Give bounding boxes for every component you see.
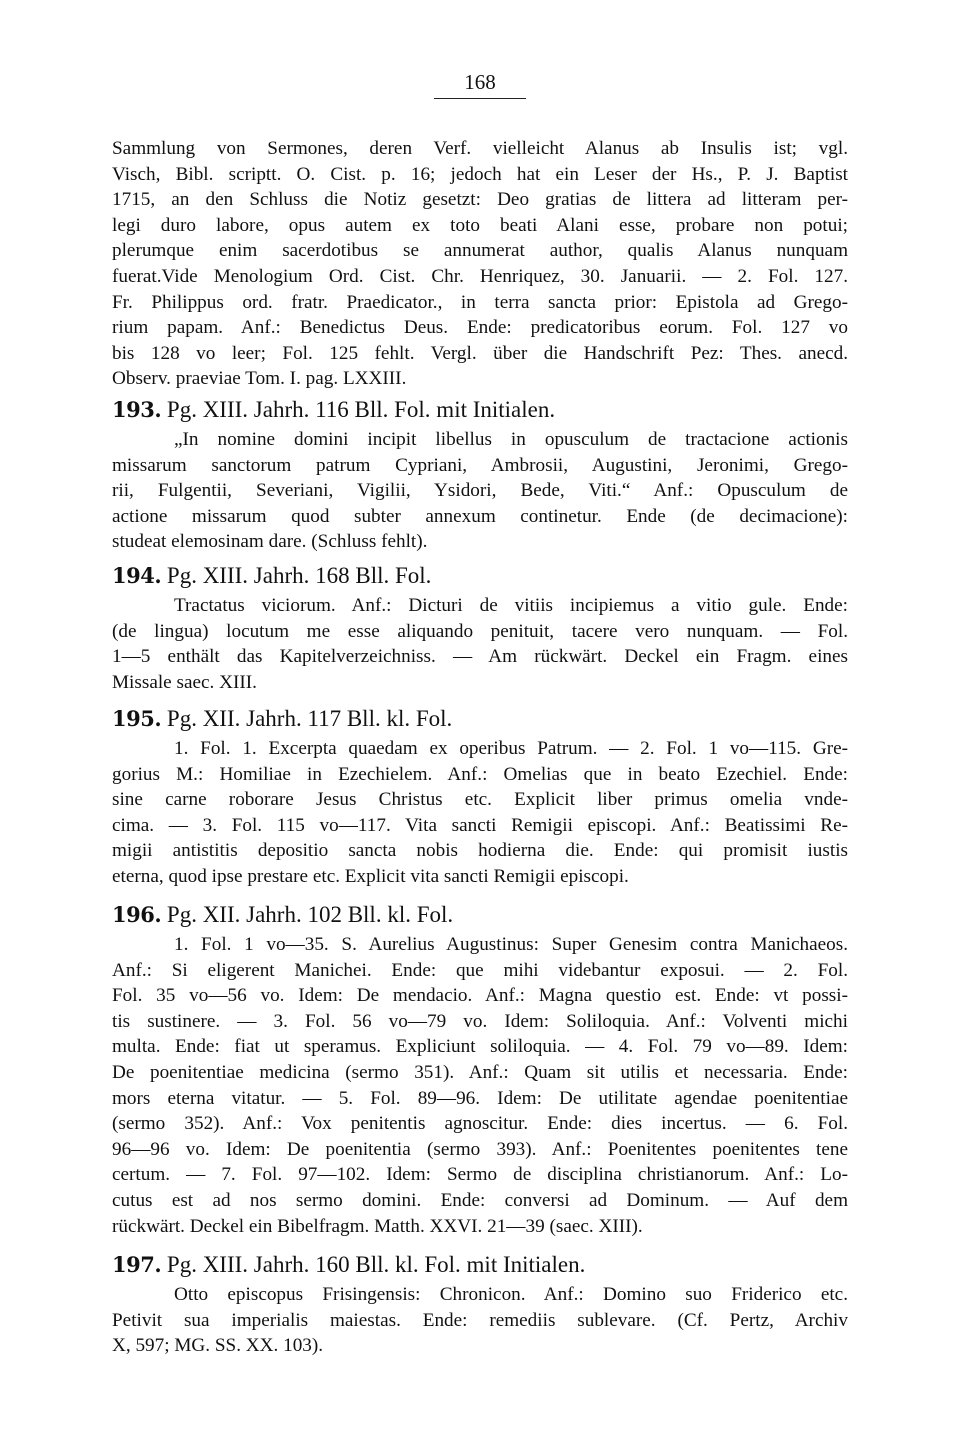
text-line: Otto episcopus Frisingensis: Chronicon. … xyxy=(112,1282,848,1308)
entry-heading: 195. Pg. XII. Jahrh. 117 Bll. kl. Fol. xyxy=(112,702,848,736)
entry-heading: 196. Pg. XII. Jahrh. 102 Bll. kl. Fol. xyxy=(112,898,848,932)
entry-number: 193. xyxy=(112,397,161,422)
text-line: multa. Ende: fiat ut speramus. Expliciun… xyxy=(112,1034,848,1060)
entry-description: Pg. XIII. Jahrh. 116 Bll. Fol. mit Initi… xyxy=(167,397,555,422)
entry-heading: 193. Pg. XIII. Jahrh. 116 Bll. Fol. mit … xyxy=(112,393,848,427)
text-line: certum. — 7. Fol. 97—102. Idem: Sermo de… xyxy=(112,1162,848,1188)
entry-197: 197. Pg. XIII. Jahrh. 160 Bll. kl. Fol. … xyxy=(112,1248,848,1359)
entry-number: 197. xyxy=(112,1252,161,1277)
text-line: mors eterna vitatur. — 5. Fol. 89—96. Id… xyxy=(112,1086,848,1112)
text-line: gorius M.: Homiliae in Ezechielem. Anf.:… xyxy=(112,762,848,788)
entry-194: 194. Pg. XIII. Jahrh. 168 Bll. Fol. Trac… xyxy=(112,559,848,695)
text-line: legi duro labore, opus autem ex toto bea… xyxy=(112,213,848,239)
text-line: 1. Fol. 1. Excerpta quaedam ex operibus … xyxy=(112,736,848,762)
text-line: bis 128 vo leer; Fol. 125 fehlt. Vergl. … xyxy=(112,341,848,367)
text-line: Fol. 35 vo—56 vo. Idem: De mendacio. Anf… xyxy=(112,983,848,1009)
text-line: Missale saec. XIII. xyxy=(112,670,848,696)
page-number-rule xyxy=(434,98,526,99)
text-line: (sermo 352). Anf.: Vox penitentis agnosc… xyxy=(112,1111,848,1137)
text-line: „In nomine domini incipit libellus in op… xyxy=(112,427,848,453)
entry-number: 196. xyxy=(112,902,161,927)
text-line: studeat elemosinam dare. (Schluss fehlt)… xyxy=(112,529,848,555)
text-line: plerumque enim sacerdotibus se annumerat… xyxy=(112,238,848,264)
text-line: missarum sanctorum patrum Cypriani, Ambr… xyxy=(112,453,848,479)
text-line: rückwärt. Deckel ein Bibelfragm. Matth. … xyxy=(112,1214,848,1240)
text-line: rii, Fulgentii, Severiani, Vigilii, Ysid… xyxy=(112,478,848,504)
text-line: X, 597; MG. SS. XX. 103). xyxy=(112,1333,848,1359)
text-line: cutus est ad nos sermo domini. Ende: con… xyxy=(112,1188,848,1214)
entry-description: Pg. XIII. Jahrh. 160 Bll. kl. Fol. mit I… xyxy=(167,1252,585,1277)
entry-number: 195. xyxy=(112,706,161,731)
text-line: Sammlung von Sermones, deren Verf. viell… xyxy=(112,136,848,162)
entry-196: 196. Pg. XII. Jahrh. 102 Bll. kl. Fol. 1… xyxy=(112,898,848,1239)
text-line: tis sustinere. — 3. Fol. 56 vo—79 vo. Id… xyxy=(112,1009,848,1035)
text-line: migii antistitis depositio sancta nobis … xyxy=(112,838,848,864)
text-line: Anf.: Si eligerent Manichei. Ende: que m… xyxy=(112,958,848,984)
text-line: Observ. praeviae Tom. I. pag. LXXIII. xyxy=(112,366,848,392)
text-line: eterna, quod ipse prestare etc. Explicit… xyxy=(112,864,848,890)
entry-heading: 197. Pg. XIII. Jahrh. 160 Bll. kl. Fol. … xyxy=(112,1248,848,1282)
entry-heading: 194. Pg. XIII. Jahrh. 168 Bll. Fol. xyxy=(112,559,848,593)
text-line: sine carne roborare Jesus Christus etc. … xyxy=(112,787,848,813)
text-line: Visch, Bibl. scriptt. O. Cist. p. 16; je… xyxy=(112,162,848,188)
text-line: (de lingua) locutum me esse aliquando pe… xyxy=(112,619,848,645)
text-line: 96—96 vo. Idem: De poenitentia (sermo 39… xyxy=(112,1137,848,1163)
text-line: 1715, an den Schluss die Notiz gesetzt: … xyxy=(112,187,848,213)
entry-description: Pg. XIII. Jahrh. 168 Bll. Fol. xyxy=(167,563,432,588)
text-line: Petivit sua imperialis maiestas. Ende: r… xyxy=(112,1308,848,1334)
page-number: 168 xyxy=(0,70,960,95)
entry-description: Pg. XII. Jahrh. 102 Bll. kl. Fol. xyxy=(167,902,453,927)
text-line: Tractatus viciorum. Anf.: Dicturi de vit… xyxy=(112,593,848,619)
entry-description: Pg. XII. Jahrh. 117 Bll. kl. Fol. xyxy=(167,706,452,731)
text-line: 1. Fol. 1 vo—35. S. Aurelius Augustinus:… xyxy=(112,932,848,958)
text-line: De poenitentiae medicina (sermo 351). An… xyxy=(112,1060,848,1086)
entry-193: 193. Pg. XIII. Jahrh. 116 Bll. Fol. mit … xyxy=(112,393,848,555)
entry-number: 194. xyxy=(112,563,161,588)
text-line: 1—5 enthält das Kapitelverzeichniss. — A… xyxy=(112,644,848,670)
text-line: actione missarum quod subter annexum con… xyxy=(112,504,848,530)
text-line: Fr. Philippus ord. fratr. Praedicator., … xyxy=(112,290,848,316)
intro-paragraph: Sammlung von Sermones, deren Verf. viell… xyxy=(112,136,848,392)
text-line: rium papam. Anf.: Benedictus Deus. Ende:… xyxy=(112,315,848,341)
text-line: cima. — 3. Fol. 115 vo—117. Vita sancti … xyxy=(112,813,848,839)
entry-195: 195. Pg. XII. Jahrh. 117 Bll. kl. Fol. 1… xyxy=(112,702,848,890)
text-line: fuerat.Vide Menologium Ord. Cist. Chr. H… xyxy=(112,264,848,290)
